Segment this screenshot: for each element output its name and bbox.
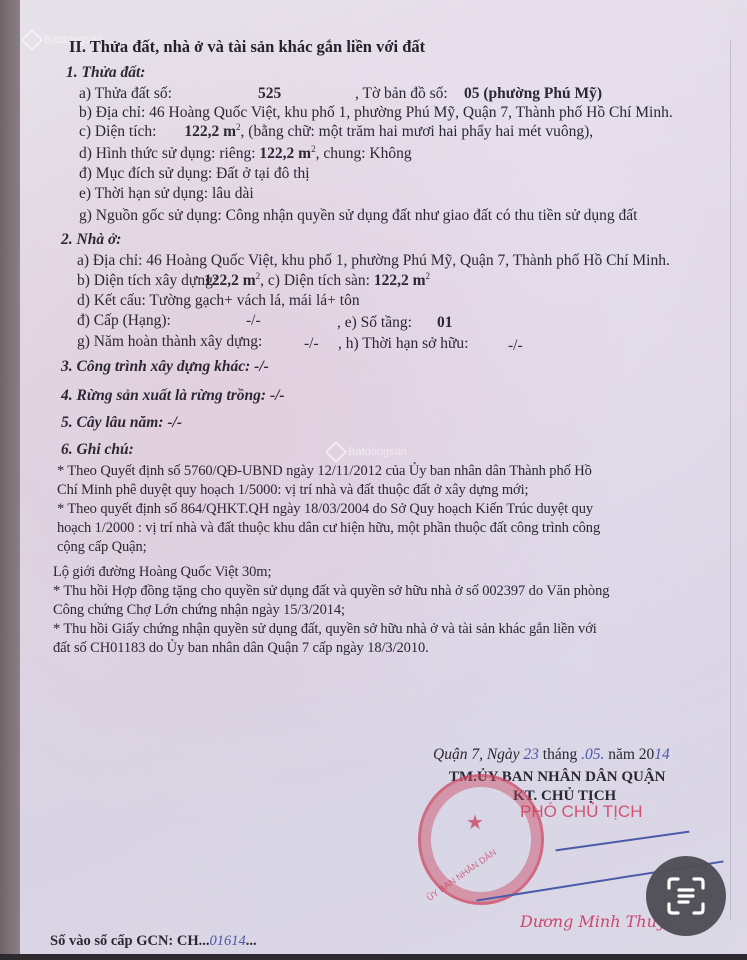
land-usage-private-value: 122,2 m [259,145,311,162]
land-usage-common: , chung: Không [316,145,412,162]
signer-name: Dương Minh Thủy [520,912,666,931]
national-emblem-icon: ★ [466,810,484,835]
batdongsan-logo-icon [21,29,44,52]
house-floor-area-label: , c) Diện tích sàn: [260,272,370,289]
registry-label: Số vào sổ cấp GCN: CH... [50,933,210,949]
land-term: e) Thời hạn sử dụng: lâu dài [79,185,254,203]
year-label: năm 20 [608,746,654,763]
issue-place: Quận 7, Ngày [433,746,520,763]
text-scan-icon [666,876,706,916]
house-build-area-label: b) Diện tích xây dựng: [77,272,217,290]
house-heading: 2. Nhà ở: [61,231,121,249]
land-heading: 1. Thửa đất: [66,64,145,82]
other-construction: 3. Công trình xây dựng khác: -/- [61,358,269,376]
house-grade-label: đ) Cấp (Hạng): [77,312,171,330]
registry-suffix: ... [246,933,257,949]
registry-number-row: Số vào sổ cấp GCN: CH...01614... [50,932,257,950]
paper-fold-line [730,40,731,920]
note-line: * Thu hồi Giấy chứng nhận quyền sử dụng … [53,620,597,638]
house-structure: d) Kết cấu: Tường gạch+ vách lá, mái lá+… [77,292,360,310]
batdongsan-logo-icon [325,441,348,464]
land-parcel-number: 525 [258,85,281,103]
watermark-text: Batdongsan [348,446,407,458]
note-line: cộng cấp Quận; [57,538,147,556]
text-scan-button[interactable] [646,856,726,936]
land-map-number: 05 (phường Phú Mỹ) [464,85,602,103]
land-address: b) Địa chỉ: 46 Hoàng Quốc Việt, khu phố … [79,104,673,122]
land-area-value: 122,2 m [184,123,236,140]
house-address: a) Địa chỉ: 46 Hoàng Quốc Việt, khu phố … [77,252,670,270]
production-forest: 4. Rừng sản xuất là rừng trồng: -/- [61,387,285,405]
house-area-row: 122,2 m2, c) Diện tích sàn: 122,2 m2 [204,272,430,290]
section-title: II. Thửa đất, nhà ở và tài sản khác gắn … [69,38,425,56]
land-area-label: c) Diện tích: [79,123,156,140]
land-area-words: , (bằng chữ: một trăm hai mươi hai phẩy … [241,123,594,140]
land-purpose: đ) Mục đích sử dụng: Đất ở tại đô thị [79,165,310,183]
house-year-value: -/- [304,335,319,353]
watermark-center: Batdongsan [328,444,407,460]
note-line: hoạch 1/2000 : vị trí nhà và đất thuộc k… [57,519,600,537]
photo-left-edge [0,0,20,960]
land-map-label: , Tờ bản đồ số: [355,85,448,103]
note-line: * Thu hồi Hợp đồng tặng cho quyền sử dụn… [53,582,609,600]
note-line: * Theo quyết định số 864/QHKT.QH ngày 18… [57,500,593,518]
issue-year: 14 [654,746,670,763]
note-line: Lộ giới đường Hoàng Quốc Việt 30m; [53,563,271,581]
house-year-label: g) Năm hoàn thành xây dựng: [77,333,262,351]
note-line: Chí Minh phê duyệt quy hoạch 1/5000: vị … [57,481,528,499]
photo-bottom-edge [0,954,747,960]
house-floors-value: 01 [437,314,453,332]
signer-role-stamped: PHÓ CHỦ TỊCH [520,802,642,822]
registry-number: 01614 [210,933,246,949]
perennial-trees: 5. Cây lâu năm: -/- [61,414,182,432]
issue-day: 23 [523,746,539,763]
house-build-area-value: 122,2 m [204,272,256,289]
land-parcel-label: a) Thửa đất số: [79,85,172,103]
issue-date: Quận 7, Ngày 23 tháng .05. năm 2014 [433,746,670,764]
note-line: * Theo Quyết định số 5760/QĐ-UBND ngày 1… [57,462,592,480]
note-line: đất số CH01183 do Ủy ban nhân dân Quận 7… [53,639,429,657]
land-usage-form-row: d) Hình thức sử dụng: riêng: 122,2 m2, c… [79,145,412,163]
house-ownership-term-label: , h) Thời hạn sở hữu: [338,335,468,353]
land-usage-form-label: d) Hình thức sử dụng: riêng: [79,145,256,162]
house-ownership-term-value: -/- [508,337,523,355]
house-floors-label: , e) Số tầng: [337,314,412,332]
note-line: Công chứng Chợ Lớn chứng nhận ngày 15/3/… [53,601,345,619]
land-origin: g) Nguồn gốc sử dụng: Công nhận quyền sử… [79,207,637,225]
house-grade-value: -/- [246,312,261,330]
land-area-row: c) Diện tích: 122,2 m2, (bằng chữ: một t… [79,123,593,141]
month-label: tháng [543,746,577,763]
notes-heading: 6. Ghi chú: [61,441,134,459]
house-floor-area-value: 122,2 m [374,272,426,289]
issue-month: .05. [581,746,604,763]
